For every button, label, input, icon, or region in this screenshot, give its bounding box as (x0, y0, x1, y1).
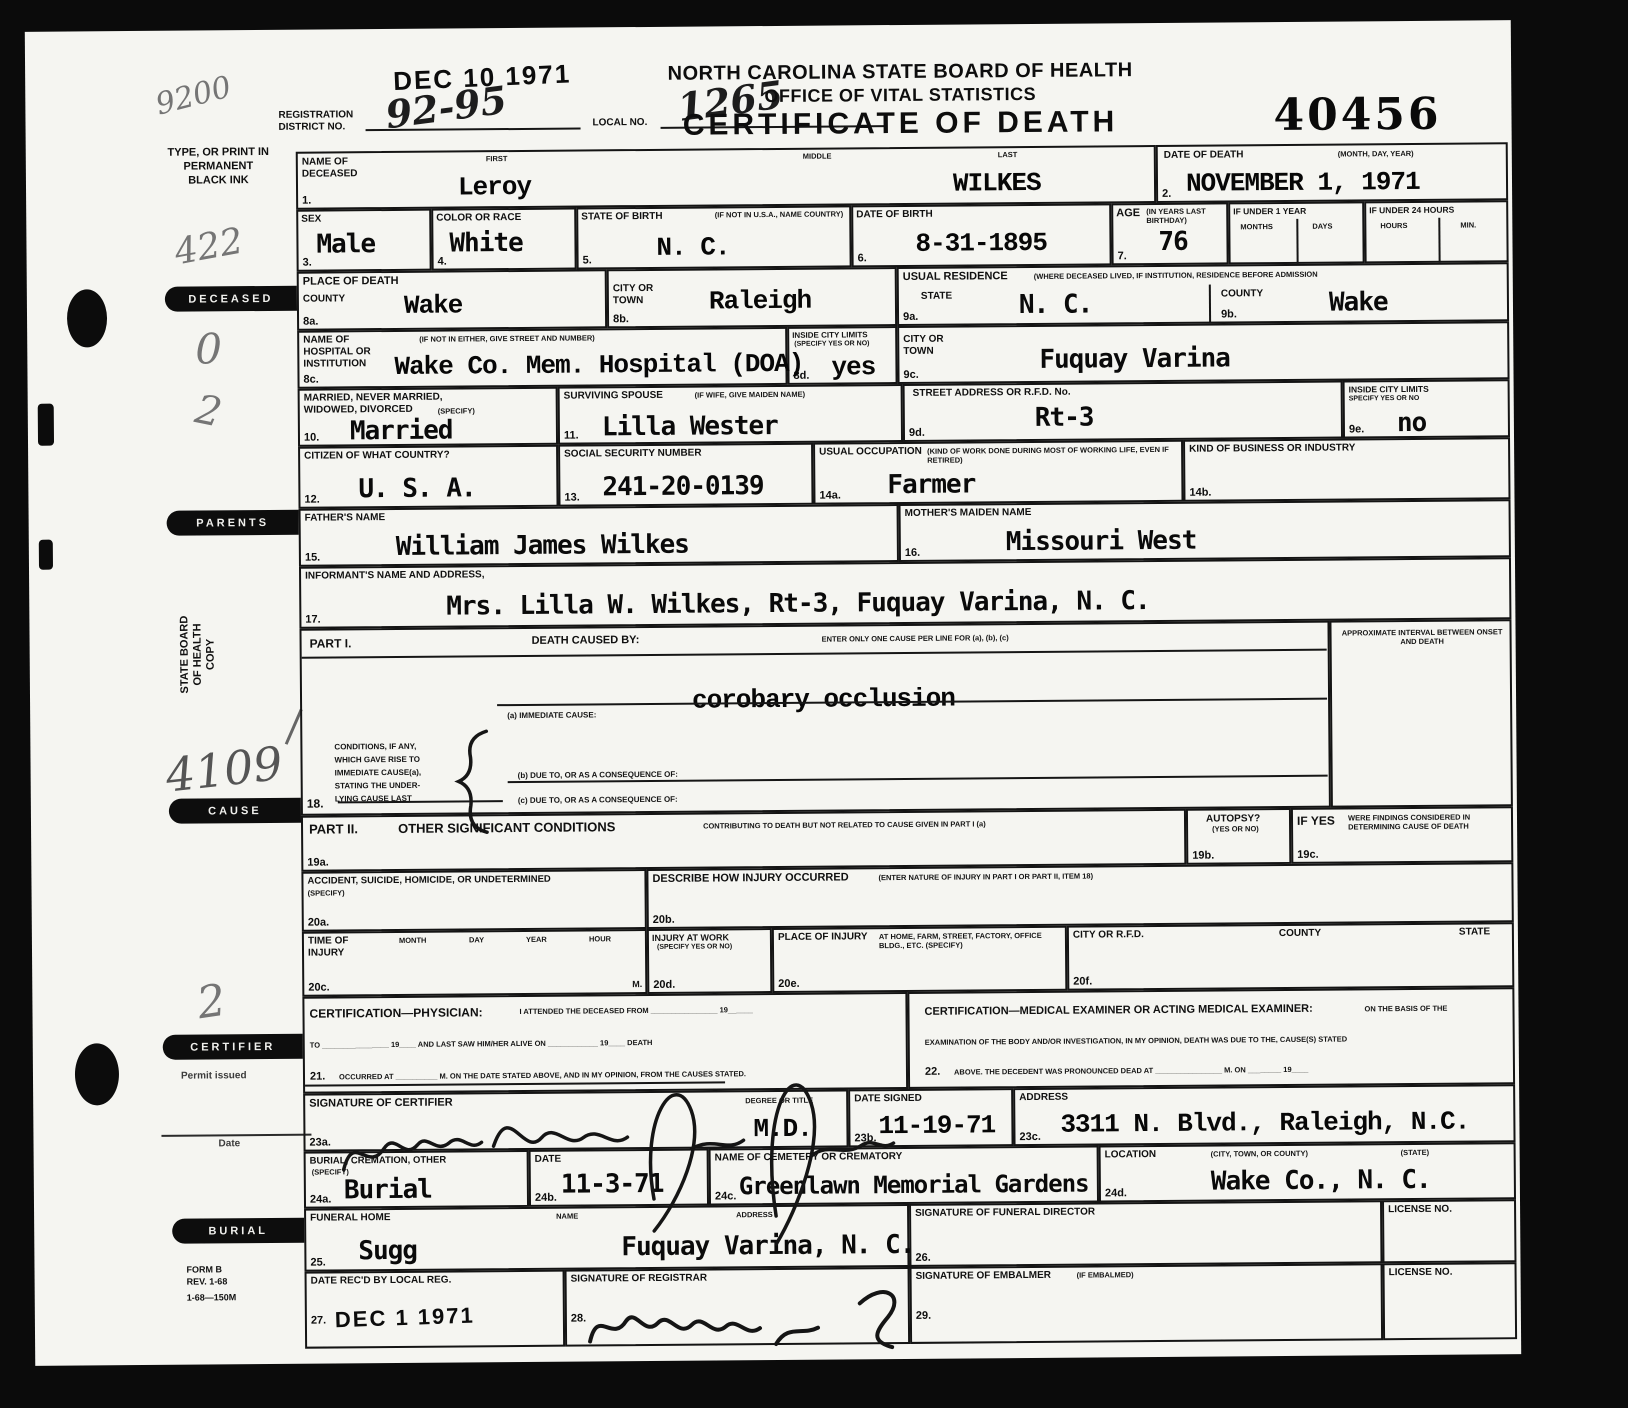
ink-instruction: TYPE, OR PRINT IN (146, 146, 291, 160)
field-number: 20b. (653, 914, 675, 926)
caused-by-label: DEATH CAUSED BY: (532, 634, 640, 648)
field-approximate-interval: APPROXIMATE INTERVAL BETWEEN ONSET AND D… (1329, 619, 1512, 807)
under24-label: IF UNDER 24 HOURS (1369, 205, 1454, 216)
marital-value: Married (350, 416, 453, 447)
form-revision: REV. 1-68 (187, 1276, 228, 1287)
section-certification-medical-examiner: CERTIFICATION—MEDICAL EXAMINER OR ACTING… (907, 987, 1515, 1089)
residence-state-value: N. C. (1019, 289, 1093, 320)
age-hint: (IN YEARS LAST BIRTHDAY) (1146, 206, 1226, 225)
last-name-value: WILKES (953, 168, 1041, 199)
spouse-hint: (IF WIFE, GIVE MAIDEN NAME) (695, 390, 805, 400)
part2-label: PART II. (309, 821, 358, 837)
office-name: OFFICE OF VITAL STATISTICS (615, 83, 1185, 108)
spouse-label: SURVIVING SPOUSE (564, 390, 663, 403)
accident-hint: (SPECIFY) (308, 888, 345, 898)
citizen-value: U. S. A. (358, 473, 475, 504)
birth-state-value: N. C. (656, 232, 729, 263)
board-name: NORTH CAROLINA STATE BOARD OF HEALTH (615, 59, 1185, 86)
month-header: MONTH (399, 936, 427, 946)
field-surviving-spouse: SURVIVING SPOUSE (IF WIFE, GIVE MAIDEN N… (558, 384, 903, 445)
conditions-note: IMMEDIATE CAUSE(a), (335, 768, 422, 779)
race-label: COLOR OR RACE (436, 212, 521, 225)
part1-label: PART I. (310, 636, 352, 651)
pencil-number: 422 (171, 221, 246, 274)
injury-county-header: COUNTY (1279, 928, 1321, 940)
street-value: Rt-3 (1035, 402, 1094, 432)
first-name-value: Leroy (458, 172, 531, 203)
atwork-hint: (SPECIFY YES OR NO) (657, 943, 732, 952)
part1-header-rule (302, 649, 1327, 659)
icl-label: INSIDE CITY LIMITS (792, 330, 867, 341)
field-place-of-death-city: CITY OR TOWN 8b. Raleigh (607, 267, 897, 328)
m-suffix: M. (632, 979, 642, 990)
conditions-note: STATING THE UNDER- (335, 781, 421, 792)
embalmer-label: SIGNATURE OF EMBALMER (916, 1270, 1051, 1283)
field-place-of-injury: PLACE OF INJURY AT HOME, FARM, STREET, F… (772, 926, 1068, 993)
mother-value: Missouri West (1006, 526, 1197, 557)
divider (1296, 219, 1298, 264)
field-number: 3. (303, 257, 312, 269)
ssn-label: SOCIAL SECURITY NUMBER (564, 448, 702, 461)
autopsy-hint: (YES OR NO) (1212, 824, 1259, 834)
immediate-cause-value: corobary occlusion (692, 684, 955, 716)
field-number: 5. (583, 254, 592, 266)
license-label2: LICENSE NO. (1389, 1267, 1453, 1280)
atwork-label: INJURY AT WORK (652, 932, 729, 944)
icl2-label: INSIDE CITY LIMITS (1349, 384, 1429, 395)
recd-date-stamp: DEC 1 1971 (334, 1303, 475, 1334)
birth-state-label: STATE OF BIRTH (581, 211, 662, 224)
medex-line3: ABOVE. THE DECEDENT WAS PRONOUNCED DEAD … (954, 1065, 1308, 1077)
father-label: FATHER'S NAME (305, 512, 386, 525)
field-residence-city: CITY OR TOWN 9c. Fuquay Varina (897, 321, 1509, 384)
field-number: 20a. (308, 916, 330, 928)
pencil-number: 2 (191, 386, 225, 436)
day-header: DAY (469, 935, 484, 944)
residence-city-label: CITY OR TOWN (903, 334, 949, 358)
conditions-note: WHICH GAVE RISE TO (334, 755, 420, 766)
field-number: 20e. (778, 978, 800, 990)
describe-hint: (ENTER NATURE OF INJURY IN PART I OR PAR… (878, 871, 1093, 882)
field-hospital: NAME OF HOSPITAL OR INSTITUTION (IF NOT … (297, 327, 787, 389)
dod-value: NOVEMBER 1, 1971 (1186, 167, 1420, 199)
place-label: PLACE OF INJURY (778, 931, 868, 944)
interval-label: APPROXIMATE INTERVAL BETWEEN ONSET AND D… (1340, 627, 1505, 647)
field-number: 20f. (1073, 976, 1092, 988)
medex-22: 22. (925, 1066, 940, 1079)
field-place-of-death-county: PLACE OF DEATH COUNTY 8a. Wake (297, 269, 607, 330)
divider (1209, 285, 1211, 323)
location-hint: (CITY, TOWN, OR COUNTY) (1211, 1149, 1308, 1159)
field-number: 20d. (653, 979, 675, 991)
pod-label: PLACE OF DEATH (303, 275, 399, 289)
scanned-death-certificate: DEC 10 1971 REGISTRATION DISTRICT NO. 92… (0, 0, 1628, 1408)
field-number: 9d. (909, 427, 925, 439)
field-number: 2. (1162, 188, 1171, 200)
last-header: LAST (998, 150, 1018, 160)
field-inside-city-limits-residence: INSIDE CITY LIMITS SPECIFY YES OR NO 9e.… (1343, 379, 1510, 438)
field-number: 14a. (819, 489, 841, 501)
physician-line1: I ATTENDED THE DECEASED FROM ___________… (519, 1005, 753, 1016)
field-embalmer-license: LICENSE NO. (1382, 1262, 1517, 1340)
residence-state-label: STATE (921, 291, 952, 303)
field-number: 17. (305, 614, 320, 626)
field-number: 20c. (308, 981, 330, 993)
tab-burial: BURIAL (172, 1218, 304, 1244)
citizen-label: CITIZEN OF WHAT COUNTRY? (304, 450, 450, 463)
spouse-value: Lilla Wester (602, 411, 778, 442)
field-number: 11. (564, 430, 579, 442)
field-embalmer-signature: SIGNATURE OF EMBALMER (IF EMBALMED) 29. (910, 1263, 1384, 1344)
pod-county-label: COUNTY (303, 293, 345, 305)
field-color-or-race: COLOR OR RACE 4. White (431, 208, 576, 271)
father-value: William James Wilkes (396, 530, 689, 562)
dod-label: DATE OF DEATH (1164, 149, 1244, 162)
field-number: 6. (858, 252, 867, 264)
tab-parents: PARENTS (167, 510, 299, 536)
part2-title: OTHER SIGNIFICANT CONDITIONS (398, 819, 616, 836)
location-label: LOCATION (1105, 1149, 1157, 1161)
dob-value: 8-31-1895 (915, 228, 1047, 259)
field-number: 8c. (303, 374, 318, 386)
field-number: 8b. (613, 313, 629, 325)
field-number: 9c. (903, 369, 918, 381)
location-hint2: (STATE) (1401, 1148, 1430, 1158)
field-number: 4. (438, 256, 447, 268)
hospital-hint: (IF NOT IN EITHER, GIVE STREET AND NUMBE… (419, 333, 595, 344)
time-label: TIME OF INJURY (308, 935, 363, 959)
license-label: LICENSE NO. (1388, 1204, 1452, 1217)
field-injury-at-work: INJURY AT WORK (SPECIFY YES OR NO) 20d. (647, 928, 773, 994)
under1-label: IF UNDER 1 YEAR (1233, 206, 1306, 217)
field-number: 19c. (1297, 849, 1319, 861)
tab-cause: CAUSE (169, 798, 301, 824)
field-sex: SEX 3. Male (296, 209, 431, 272)
pencil-number: 4109 (163, 736, 285, 803)
injury-state-header: STATE (1459, 926, 1490, 938)
field-state-of-birth: STATE OF BIRTH (IF NOT IN U.S.A., NAME C… (576, 205, 851, 269)
enter-note: ENTER ONLY ONE CAUSE PER LINE FOR (a), (… (822, 633, 1009, 644)
field-findings-considered: IF YES WERE FINDINGS CONSIDERED IN DETER… (1291, 806, 1513, 864)
field-director-license: LICENSE NO. (1382, 1199, 1516, 1263)
part2-note: CONTRIBUTING TO DEATH BUT NOT RELATED TO… (703, 819, 986, 831)
icl-value: yes (831, 352, 875, 382)
address-label: ADDRESS (1019, 1092, 1068, 1104)
medex-title: CERTIFICATION—MEDICAL EXAMINER OR ACTING… (924, 1003, 1312, 1019)
pencil-number: 9200 (152, 70, 235, 123)
field-number: 19b. (1192, 850, 1214, 862)
location-value: Wake Co., N. C. (1211, 1165, 1431, 1197)
occupation-hint: (KIND OF WORK DONE DURING MOST OF WORKIN… (927, 445, 1172, 466)
dod-hint: (MONTH, DAY, YEAR) (1338, 149, 1414, 159)
findings-label: IF YES (1297, 814, 1335, 829)
scan-smudge (38, 404, 54, 446)
field-date-of-death: DATE OF DEATH (MONTH, DAY, YEAR) 2. NOVE… (1156, 142, 1508, 203)
medex-line2: EXAMINATION OF THE BODY AND/OR INVESTIGA… (925, 1035, 1347, 1048)
age-value: 76 (1158, 227, 1188, 257)
field-number: 8a. (303, 316, 318, 328)
pencil-number: 0 (195, 324, 222, 373)
sex-label: SEX (301, 214, 321, 226)
field-name-of-deceased: NAME OF DECEASED FIRST MIDDLE LAST 1. Le… (296, 145, 1156, 210)
first-header: FIRST (486, 154, 508, 164)
months-header: MONTHS (1240, 222, 1273, 232)
field-autopsy: AUTOPSY? (YES OR NO) 19b. (1186, 808, 1291, 865)
field-number: 9e. (1349, 423, 1364, 435)
field-number: 13. (564, 492, 579, 504)
field-date-received: DATE REC'D BY LOCAL REG. 27. DEC 1 1971 (305, 1270, 566, 1349)
registration-district-label: REGISTRATION (278, 109, 353, 122)
scan-smudge (39, 540, 53, 570)
field-number: 27. (311, 1315, 326, 1327)
registration-district-label2: DISTRICT NO. (278, 121, 345, 134)
section-part1-cause: PART I. DEATH CAUSED BY: ENTER ONLY ONE … (299, 621, 1330, 816)
injury-city-label: CITY OR R.F.D. (1073, 929, 1144, 942)
tab-deceased: DECEASED (165, 286, 297, 312)
pencil-number: 2 (194, 975, 229, 1030)
field-if-under-1-year: IF UNDER 1 YEAR MONTHS DAYS (1228, 201, 1364, 264)
copy-line: STATE BOARD (178, 595, 192, 715)
field-citizen: CITIZEN OF WHAT COUNTRY? 12. U. S. A. (298, 445, 558, 509)
field-informant: INFORMANT'S NAME AND ADDRESS, 17. Mrs. L… (299, 557, 1511, 629)
hospital-value: Wake Co. Mem. Hospital (DOA) (394, 349, 803, 382)
field-number: 24d. (1105, 1187, 1127, 1199)
sex-value: Male (316, 229, 375, 259)
field-mother-name: MOTHER'S MAIDEN NAME 16. Missouri West (899, 499, 1511, 562)
informant-value: Mrs. Lilla W. Wilkes, Rt-3, Fuquay Varin… (446, 586, 1150, 622)
permit-issued-label: Permit issued (181, 1070, 247, 1083)
due-c-label: (c) DUE TO, OR AS A CONSEQUENCE OF: (518, 795, 678, 806)
residence-county-label: COUNTY (1221, 288, 1263, 300)
residence-hint: (WHERE DECEASED LIVED, IF INSTITUTION, R… (1034, 270, 1318, 282)
field-number: 14b. (1189, 487, 1211, 499)
field-number: 16. (905, 547, 920, 559)
field-time-of-injury: TIME OF INJURY MONTH DAY YEAR HOUR 20c. … (302, 929, 647, 997)
field-age: AGE (IN YEARS LAST BIRTHDAY) 7. 76 (1111, 202, 1228, 265)
ssn-value: 241-20-0139 (602, 471, 763, 502)
accident-label: ACCIDENT, SUICIDE, HOMICIDE, OR UNDETERM… (307, 874, 550, 887)
hole-punch-mark (67, 289, 107, 347)
field-funeral-director-signature: SIGNATURE OF FUNERAL DIRECTOR 26. (909, 1200, 1382, 1267)
copy-line: OF HEALTH (191, 594, 205, 714)
field-number: 12. (304, 494, 319, 506)
divider (1438, 218, 1440, 263)
ink-instruction3: BLACK INK (146, 174, 291, 188)
place-hint: AT HOME, FARM, STREET, FACTORY, OFFICE B… (879, 931, 1059, 951)
field-number: 9a. (903, 311, 918, 323)
embalmer-hint: (IF EMBALMED) (1077, 1270, 1134, 1280)
hour-header: HOUR (589, 934, 611, 944)
field-number: 18. (307, 797, 324, 811)
field-number: 15. (305, 552, 320, 564)
date-label: Date (218, 1138, 240, 1150)
field-occupation: USUAL OCCUPATION (KIND OF WORK DONE DURI… (813, 440, 1183, 505)
field-inside-city-limits-death: INSIDE CITY LIMITS (SPECIFY YES OR NO) 8… (787, 326, 897, 385)
field-cemetery-location: LOCATION (CITY, TOWN, OR COUNTY) (STATE)… (1099, 1142, 1516, 1202)
name-label: NAME OF DECEASED (302, 156, 374, 181)
field-number: 23c. (1019, 1131, 1041, 1143)
conditions-note: CONDITIONS, IF ANY, (334, 742, 416, 753)
field-father-name: FATHER'S NAME 15. William James Wilkes (299, 504, 899, 567)
copy-designation: STATE BOARD OF HEALTH COPY (178, 594, 231, 714)
field-usual-residence: USUAL RESIDENCE (WHERE DECEASED LIVED, I… (897, 262, 1509, 326)
residence-label: USUAL RESIDENCE (903, 270, 1008, 284)
age-label: AGE (1116, 207, 1140, 220)
field-number: 25. (310, 1257, 325, 1269)
section-part2-conditions: PART II. OTHER SIGNIFICANT CONDITIONS CO… (301, 809, 1186, 872)
tab-certifier: CERTIFIER (163, 1034, 303, 1060)
address-value: 3311 N. Blvd., Raleigh, N.C. (1060, 1107, 1469, 1140)
mother-label: MOTHER'S MAIDEN NAME (905, 507, 1032, 520)
field-if-under-24-hours: IF UNDER 24 HOURS HOURS MIN. (1364, 200, 1508, 263)
immediate-cause-label: (a) IMMEDIATE CAUSE: (507, 710, 596, 721)
field-street-address: STREET ADDRESS OR R.F.D. No. 9d. Rt-3 (903, 381, 1343, 442)
residence-city-value: Fuquay Varina (1039, 343, 1230, 374)
street-label: STREET ADDRESS OR R.F.D. No. (913, 387, 1071, 400)
field-ssn: SOCIAL SECURITY NUMBER 13. 241-20-0139 (558, 443, 813, 507)
date-rule (161, 1134, 311, 1137)
field-certifier-address: ADDRESS 23c. 3311 N. Blvd., Raleigh, N.C… (1013, 1084, 1515, 1146)
min-header: MIN. (1460, 220, 1476, 229)
director-label: SIGNATURE OF FUNERAL DIRECTOR (915, 1206, 1095, 1219)
field-industry: KIND OF BUSINESS OR INDUSTRY 14b. (1183, 437, 1510, 502)
pod-county-value: Wake (404, 290, 463, 320)
certifier-signature (323, 1047, 925, 1252)
form-number: FORM B (186, 1264, 222, 1275)
form-print-run: 1-68—150M (187, 1292, 237, 1303)
icl-hint: (SPECIFY YES OR NO) (794, 340, 869, 349)
occupation-value: Farmer (887, 469, 975, 500)
recd-label: DATE REC'D BY LOCAL REG. (311, 1275, 452, 1288)
findings-note: WERE FINDINGS CONSIDERED IN DETERMINING … (1348, 812, 1508, 832)
registration-district-rule (366, 127, 581, 131)
copy-line: COPY (205, 594, 219, 714)
year-header: YEAR (526, 935, 547, 945)
field-number: 9b. (1221, 308, 1237, 320)
field-number: 7. (1118, 250, 1127, 262)
icl2-hint: SPECIFY YES OR NO (1349, 395, 1420, 404)
middle-header: MIDDLE (803, 152, 832, 162)
ink-instruction2: PERMANENT (146, 160, 291, 174)
describe-label: DESCRIBE HOW INJURY OCCURRED (652, 871, 848, 886)
residence-county-value: Wake (1329, 287, 1388, 317)
field-injury-location: CITY OR R.F.D. COUNTY STATE 20f. (1067, 922, 1514, 991)
registrar-signature (580, 1277, 921, 1365)
dob-label: DATE OF BIRTH (856, 209, 933, 222)
race-value: White (449, 228, 523, 259)
field-describe-injury: DESCRIBE HOW INJURY OCCURRED (ENTER NATU… (646, 862, 1513, 929)
hole-punch-mark (75, 1043, 119, 1105)
certificate-paper: DEC 10 1971 REGISTRATION DISTRICT NO. 92… (25, 20, 1521, 1366)
pod-city-value: Raleigh (709, 286, 811, 317)
pod-city-label: CITY OR TOWN (613, 283, 659, 307)
medex-line1: ON THE BASIS OF THE (1364, 1004, 1447, 1014)
field-number: 19a. (307, 856, 329, 868)
birth-state-hint: (IF NOT IN U.S.A., NAME COUNTRY) (708, 209, 843, 219)
physician-cert-title: CERTIFICATION—PHYSICIAN: (309, 1005, 482, 1021)
field-accident-suicide: ACCIDENT, SUICIDE, HOMICIDE, OR UNDETERM… (301, 869, 646, 932)
hospital-label: NAME OF HOSPITAL OR INSTITUTION (303, 334, 388, 371)
marital-hint: (SPECIFY) (438, 406, 475, 416)
days-header: DAYS (1312, 222, 1332, 232)
occupation-label: USUAL OCCUPATION (819, 446, 922, 459)
certificate-number: 40456 (1273, 89, 1441, 141)
physician-line2: TO ________________ 19____ AND LAST SAW … (310, 1038, 653, 1050)
icl2-value: no (1397, 408, 1427, 438)
informant-label: INFORMANT'S NAME AND ADDRESS, (305, 569, 485, 582)
field-marital-status: MARRIED, NEVER MARRIED, WIDOWED, DIVORCE… (298, 387, 558, 447)
industry-label: KIND OF BUSINESS OR INDUSTRY (1189, 442, 1355, 455)
field-number: 26. (915, 1252, 930, 1264)
hours-header: HOURS (1380, 221, 1407, 231)
certificate-title: CERTIFICATE OF DEATH (615, 105, 1185, 143)
field-number: 10. (304, 432, 319, 444)
field-date-of-birth: DATE OF BIRTH 6. 8-31-1895 (851, 203, 1111, 267)
field-number: 1. (302, 195, 311, 207)
